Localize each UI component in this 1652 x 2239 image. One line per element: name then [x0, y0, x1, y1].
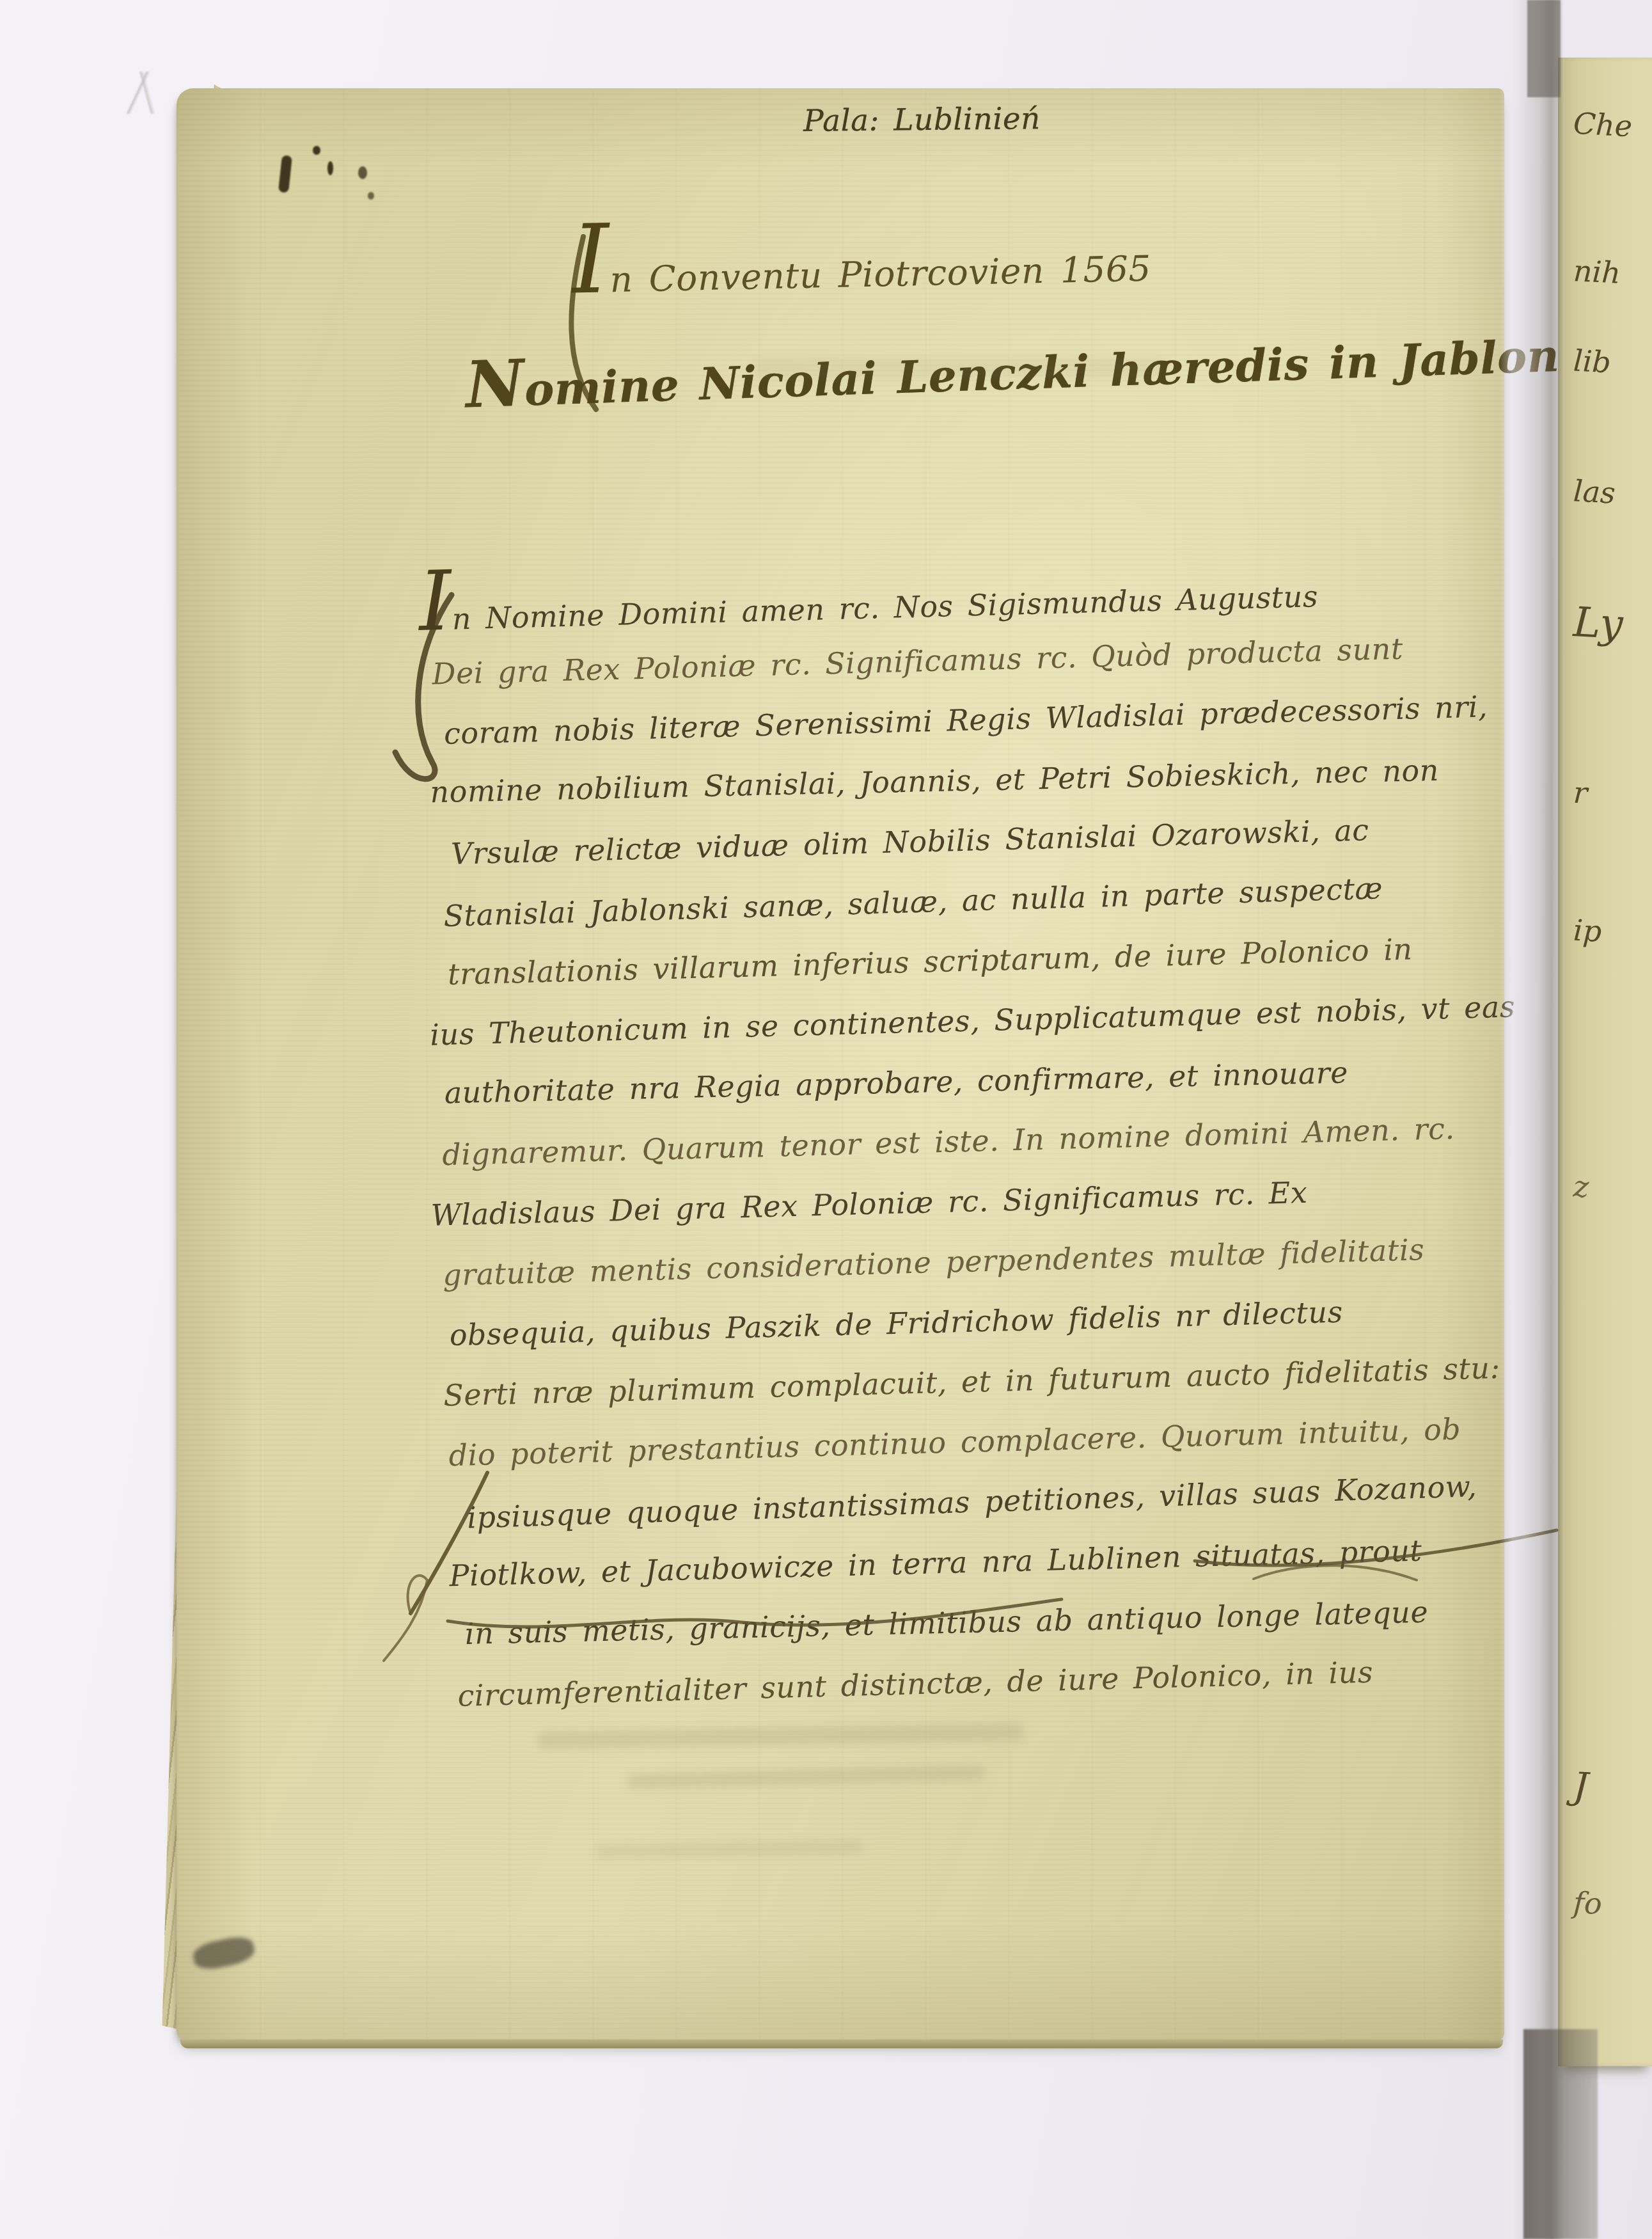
- facing-text-fragment: Ly: [1572, 599, 1624, 649]
- facing-page-edge: Che nih lib las Ly r ip z J fo: [1558, 58, 1652, 2066]
- facing-text-fragment: r: [1573, 775, 1589, 810]
- gutter-strip-shadow-top: [1527, 0, 1561, 97]
- facing-text-fragment: J: [1572, 1764, 1589, 1808]
- ink-blot: [368, 192, 374, 200]
- convention-caption: In Conventu Piotrcovien 1565: [571, 220, 1151, 301]
- facing-text-fragment: Che: [1573, 106, 1633, 144]
- facing-text-fragment: las: [1573, 473, 1616, 510]
- facing-text-fragment: nih: [1573, 253, 1622, 290]
- gutter-holding-strip: [1499, 0, 1564, 2239]
- facing-text-fragment: ip: [1573, 913, 1603, 949]
- manuscript-page: Pala: Lublinień In Conventu Piotrcovien …: [177, 88, 1504, 2041]
- gutter-strip-shadow-bottom: [1523, 2029, 1598, 2239]
- faint-corner-mark: [119, 72, 160, 114]
- facing-text-fragment: lib: [1573, 343, 1612, 379]
- body-text: In Nomine Domini amen rc. Nos Sigismundu…: [418, 557, 1471, 1726]
- manuscript-scan: Pala: Lublinień In Conventu Piotrcovien …: [0, 0, 1652, 2239]
- ink-blot: [327, 161, 333, 175]
- ink-blot: [313, 146, 320, 155]
- ink-blot: [358, 166, 367, 179]
- header-annotation: Pala: Lublinień: [803, 101, 1041, 139]
- facing-text-fragment: fo: [1573, 1885, 1603, 1921]
- facing-text-fragment: z: [1573, 1169, 1590, 1204]
- bleedthrough-ghost: [755, 358, 1164, 377]
